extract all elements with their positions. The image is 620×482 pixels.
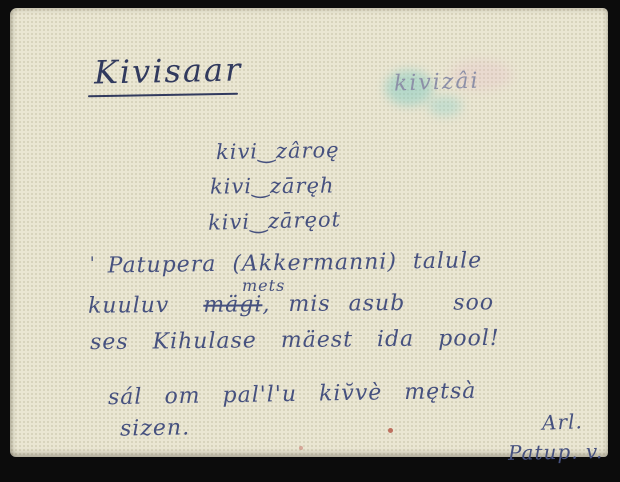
note-line-3: ses Kihulase mäest ida pool! bbox=[90, 326, 500, 355]
note-line-1: 'Patupera (Akkermanni) talule bbox=[90, 248, 482, 278]
red-ink-speck bbox=[388, 428, 393, 433]
note-line-1-text: Patupera (Akkermanni) talule bbox=[108, 248, 483, 278]
note-line-2-mid: , mis asub bbox=[262, 291, 405, 317]
note-word-soo: soo bbox=[453, 290, 494, 315]
scanned-archive-card: Kivisaar kivizâi kivi‿zâroę kivi‿zāręh k… bbox=[0, 0, 620, 482]
red-ink-speck bbox=[299, 446, 303, 450]
opening-mark: ' bbox=[90, 254, 96, 274]
teal-ink-smudge bbox=[428, 96, 462, 116]
signature-line-1: Arl. bbox=[542, 409, 584, 434]
note-word-kuuluv: kuuluv bbox=[88, 293, 170, 319]
note2-line-2: sizen. bbox=[120, 415, 191, 441]
signature-line-2: Patup. v. bbox=[508, 439, 604, 465]
note-word-struck: mägi bbox=[203, 292, 262, 318]
phonetic-annotation: kivizâi bbox=[394, 69, 480, 97]
dialect-forms: kivi‿zâroę kivi‿zāręh kivi‿zāręot bbox=[208, 139, 341, 244]
note2-line-1: sál om pal'l'u kiv̆vè mętsà bbox=[108, 379, 477, 410]
dialect-form: kivi‿zâroę bbox=[216, 138, 349, 164]
note-line-2: kuuluvmägi, mis asubsoo bbox=[88, 290, 494, 319]
dialect-form: kivi‿zāręh bbox=[210, 173, 343, 198]
card-title: Kivisaar bbox=[94, 50, 243, 91]
dialect-form: kivi‿zāręot bbox=[208, 207, 342, 234]
card-paper: Kivisaar kivizâi kivi‿zâroę kivi‿zāręh k… bbox=[10, 8, 608, 457]
title-underline bbox=[88, 93, 238, 98]
